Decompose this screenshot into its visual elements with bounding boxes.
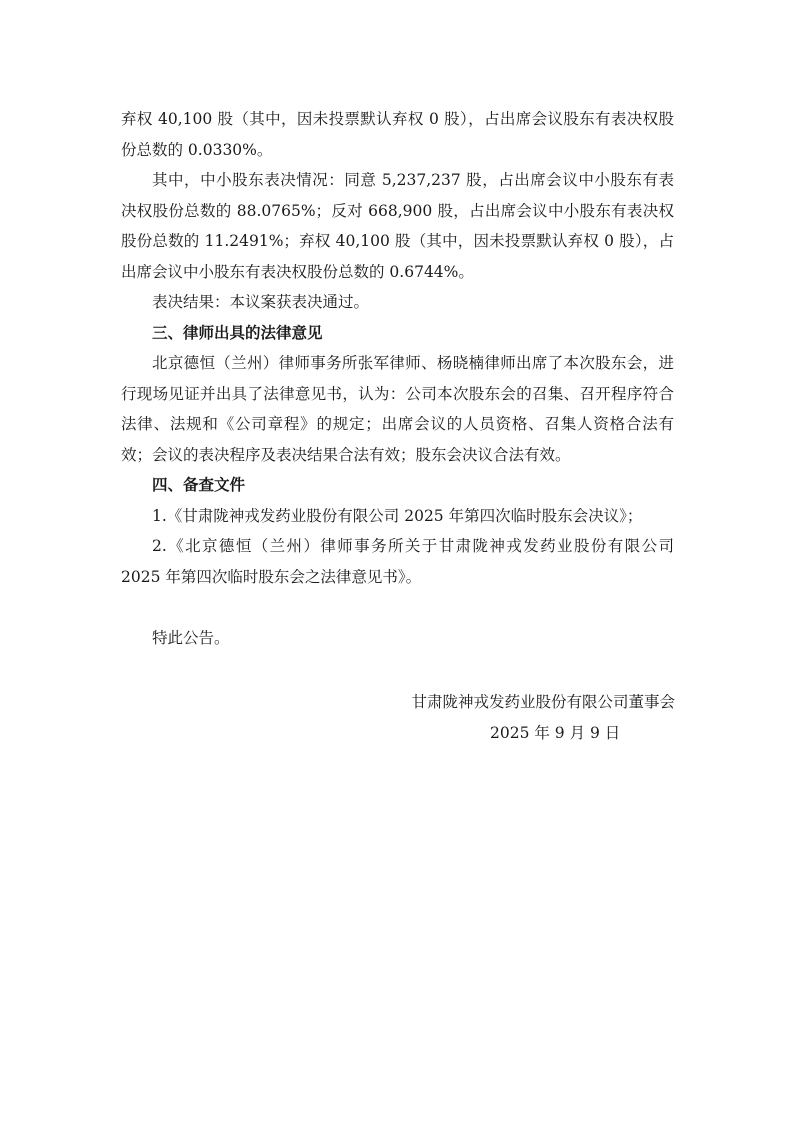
paragraph-minority-votes: 其中，中小股东表决情况：同意 5,237,237 股，占出席会议中小股东有表决权… (121, 165, 674, 287)
document-page: 弃权 40,100 股（其中，因未投票默认弃权 0 股），占出席会议股东有表决权… (0, 0, 793, 1122)
paragraph-vote-result: 表决结果：本议案获表决通过。 (121, 287, 674, 318)
document-body: 弃权 40,100 股（其中，因未投票默认弃权 0 股），占出席会议股东有表决权… (121, 104, 674, 653)
section-heading-reference-docs: 四、备查文件 (121, 470, 674, 501)
reference-doc-item: 2.《北京德恒（兰州）律师事务所关于甘肃陇神戎发药业股份有限公司 2025 年第… (121, 531, 674, 592)
signature-organization: 甘肃陇神戎发药业股份有限公司董事会 (380, 690, 675, 712)
section-heading-legal-opinion: 三、律师出具的法律意见 (121, 318, 674, 349)
paragraph-legal-opinion: 北京德恒（兰州）律师事务所张军律师、杨晓楠律师出席了本次股东会，进行现场见证并出… (121, 348, 674, 470)
paragraph-abstain-total: 弃权 40,100 股（其中，因未投票默认弃权 0 股），占出席会议股东有表决权… (121, 104, 674, 165)
reference-doc-item: 1.《甘肃陇神戎发药业股份有限公司 2025 年第四次临时股东会决议》； (121, 501, 674, 532)
blank-line (121, 592, 674, 623)
signature-date: 2025 年 9 月 9 日 (490, 721, 620, 743)
closing-statement: 特此公告。 (121, 623, 674, 654)
